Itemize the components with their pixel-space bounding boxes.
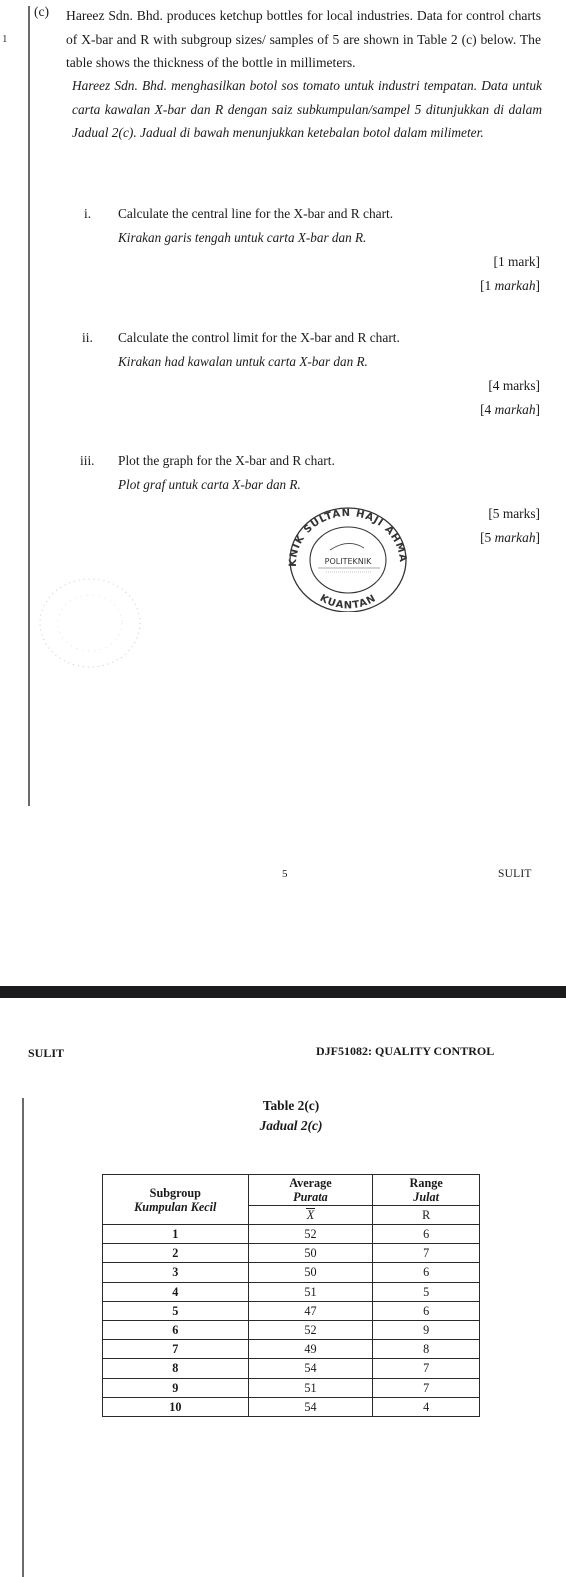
table-row: 10544 [103, 1397, 480, 1416]
range-cell: 5 [373, 1282, 480, 1301]
average-cell: 49 [248, 1340, 373, 1359]
table-row: 9517 [103, 1378, 480, 1397]
footer-classification: SULIT [498, 868, 532, 880]
table-title-malay: Jadual 2(c) [8, 1118, 566, 1134]
average-cell: 51 [248, 1282, 373, 1301]
subgroup-cell: 10 [103, 1397, 249, 1416]
range-cell: 7 [373, 1359, 480, 1378]
question-i-markah: [1 markah] [480, 278, 540, 294]
range-cell: 7 [373, 1378, 480, 1397]
average-cell: 54 [248, 1359, 373, 1378]
subgroup-cell: 4 [103, 1282, 249, 1301]
table-row: 8547 [103, 1359, 480, 1378]
institution-stamp-icon: POLITEKNIK SULTAN HAJI AHMAD SHAH KUANTA… [282, 502, 412, 612]
header-subgroup: Subgroup Kumpulan Kecil [103, 1175, 249, 1225]
range-cell: 4 [373, 1397, 480, 1416]
markah-num: [4 [480, 402, 495, 417]
average-cell: 50 [248, 1244, 373, 1263]
question-i-marks: [1 mark] [494, 254, 540, 270]
subgroup-cell: 7 [103, 1340, 249, 1359]
header-subgroup-en: Subgroup [103, 1186, 248, 1200]
question-i-malay: Kirakan garis tengah untuk carta X-bar d… [118, 230, 366, 246]
header-range-en: Range [373, 1176, 479, 1190]
subgroup-data-table: Subgroup Kumpulan Kecil Average Purata R… [102, 1174, 480, 1417]
range-cell: 8 [373, 1340, 480, 1359]
table-row: 1526 [103, 1225, 480, 1244]
markah-close: ] [536, 530, 540, 545]
header-r-symbol: R [373, 1206, 480, 1225]
header-average-ms: Purata [249, 1190, 373, 1204]
average-cell: 47 [248, 1301, 373, 1320]
subgroup-cell: 1 [103, 1225, 249, 1244]
range-cell: 6 [373, 1263, 480, 1282]
table-title-english: Table 2(c) [8, 1098, 566, 1114]
question-ii-marks: [4 marks] [488, 378, 540, 394]
header-subgroup-ms: Kumpulan Kecil [103, 1200, 248, 1214]
range-cell: 6 [373, 1301, 480, 1320]
question-label: (c) [34, 4, 49, 20]
xbar-symbol: X [306, 1208, 315, 1221]
question-iii-markah: [5 markah] [480, 530, 540, 546]
markah-close: ] [536, 278, 540, 293]
average-cell: 54 [248, 1397, 373, 1416]
page-separator [0, 986, 566, 998]
table-row: 5476 [103, 1301, 480, 1320]
question-ii-number: ii. [82, 330, 93, 346]
svg-text:POLITEKNIK: POLITEKNIK [325, 557, 372, 566]
question-ii-malay: Kirakan had kawalan untuk carta X-bar da… [118, 354, 368, 370]
question-i-english: Calculate the central line for the X-bar… [118, 206, 393, 222]
subgroup-cell: 5 [103, 1301, 249, 1320]
markah-num: [1 [480, 278, 495, 293]
header-range: Range Julat [373, 1175, 480, 1206]
range-cell: 6 [373, 1225, 480, 1244]
intro-english: Hareez Sdn. Bhd. produces ketchup bottle… [66, 4, 541, 75]
question-iii-malay: Plot graf untuk carta X-bar dan R. [118, 477, 301, 493]
header-xbar-symbol: X [248, 1206, 373, 1225]
header-range-ms: Julat [373, 1190, 479, 1204]
question-i-number: i. [84, 206, 91, 222]
average-cell: 51 [248, 1378, 373, 1397]
faint-stamp-icon [30, 565, 150, 675]
page2-margin-rule [22, 1098, 24, 1577]
markah-word: markah [495, 402, 536, 417]
header-average: Average Purata [248, 1175, 373, 1206]
average-cell: 50 [248, 1263, 373, 1282]
table-row: 3506 [103, 1263, 480, 1282]
markah-close: ] [536, 402, 540, 417]
markah-word: markah [495, 278, 536, 293]
page-number: 5 [282, 868, 288, 880]
range-cell: 9 [373, 1320, 480, 1339]
range-cell: 7 [373, 1244, 480, 1263]
question-iii-english: Plot the graph for the X-bar and R chart… [118, 453, 335, 469]
subgroup-cell: 2 [103, 1244, 249, 1263]
r-symbol: R [422, 1208, 430, 1222]
header-classification: SULIT [28, 1046, 64, 1061]
table-row: 4515 [103, 1282, 480, 1301]
intro-malay: Hareez Sdn. Bhd. menghasilkan botol sos … [72, 74, 542, 145]
average-cell: 52 [248, 1225, 373, 1244]
subgroup-cell: 9 [103, 1378, 249, 1397]
markah-num: [5 [480, 530, 495, 545]
average-cell: 52 [248, 1320, 373, 1339]
course-code-header: DJF51082: QUALITY CONTROL [316, 1044, 494, 1059]
markah-word: markah [495, 530, 536, 545]
question-ii-english: Calculate the control limit for the X-ba… [118, 330, 400, 346]
table-row: 6529 [103, 1320, 480, 1339]
table-row: 2507 [103, 1244, 480, 1263]
subgroup-cell: 8 [103, 1359, 249, 1378]
table-row: 7498 [103, 1340, 480, 1359]
page1-margin-rule [28, 6, 30, 806]
margin-mark: 1 [2, 33, 8, 45]
question-iii-marks: [5 marks] [488, 506, 540, 522]
subgroup-cell: 6 [103, 1320, 249, 1339]
subgroup-cell: 3 [103, 1263, 249, 1282]
question-iii-number: iii. [80, 453, 95, 469]
question-ii-markah: [4 markah] [480, 402, 540, 418]
header-average-en: Average [249, 1176, 373, 1190]
